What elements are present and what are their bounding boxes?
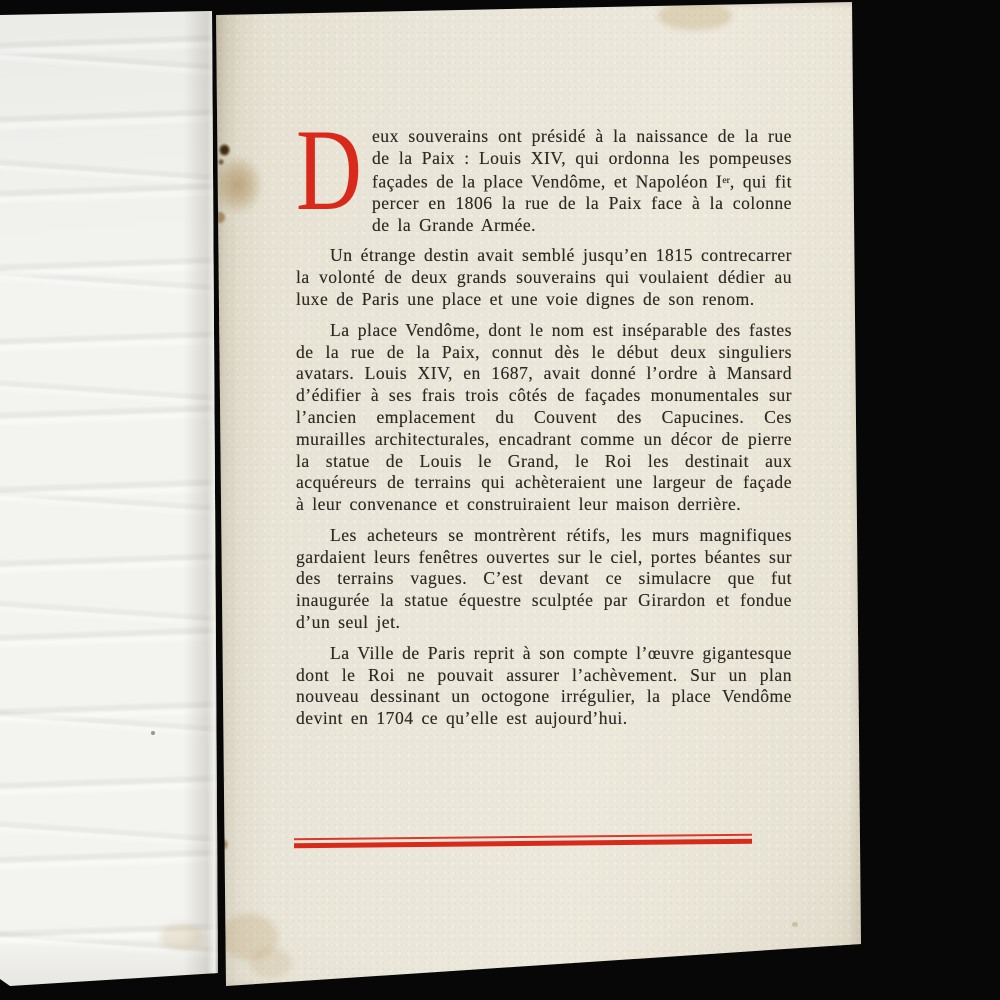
- verso-page: [0, 11, 218, 987]
- recto-page: Deux souverains ont présidé à la naissan…: [212, 0, 864, 992]
- dust-speck: [151, 731, 155, 735]
- foxing-stain: [160, 923, 204, 951]
- sewing-hole-stain: [216, 774, 225, 784]
- page-vignette: [212, 0, 864, 992]
- wrinkle-texture: [0, 11, 218, 987]
- photo-backdrop: Deux souverains ont présidé à la naissan…: [0, 0, 1000, 1000]
